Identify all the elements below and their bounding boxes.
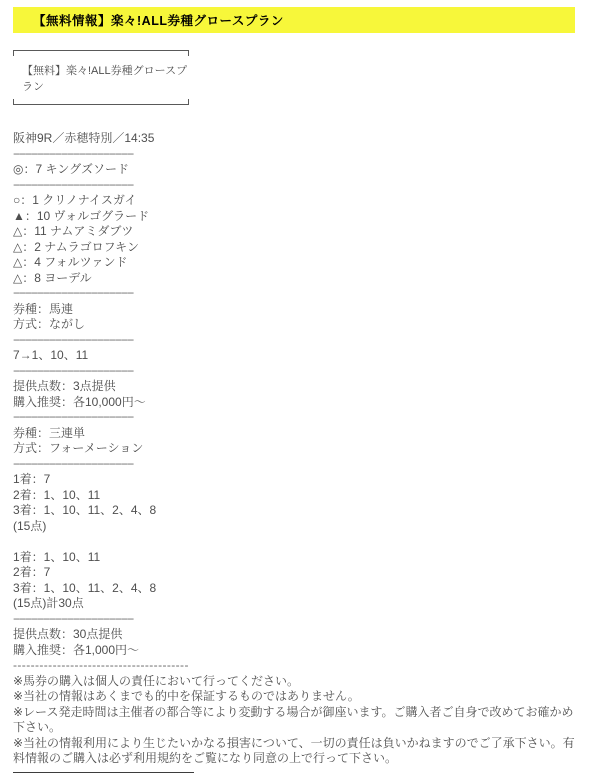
banner-title: 【無料情報】楽々!ALL券種グロースプラン	[33, 11, 284, 29]
purchase-line: 購入推奨：各10,000円～	[13, 395, 575, 411]
race-header: 阪神9R／赤穂特別／14:35	[13, 131, 575, 147]
bet-method-line: 方式：ながし	[13, 317, 575, 333]
dash-divider: −−−−−−−−−−−−−−−−−−−−	[13, 364, 575, 380]
pick-line: △：8 ヨーデル	[13, 271, 575, 287]
points-line: 提供点数：3点提供	[13, 379, 575, 395]
selection-line: 7→1、10、11	[13, 348, 575, 364]
disclaimer-line: ※当社の情報利用により生じたいかなる損害について、一切の責任は負いかねますのでご…	[13, 736, 575, 767]
plan-box-title: 【無料】楽々!ALL券種グロースプラン	[22, 62, 189, 94]
formation-line: 1着：7	[13, 472, 575, 488]
pick-line: △：11 ナムアミダブツ	[13, 224, 575, 240]
formation-line: 2着：7	[13, 565, 575, 581]
disclaimer-line: ※当社の情報はあくまでも的中を保証するものではありません。	[13, 689, 575, 705]
disclaimer-line: ※馬券の購入は個人の責任において行ってください。	[13, 674, 575, 690]
dash-divider: −−−−−−−−−−−−−−−−−−−−	[13, 178, 575, 194]
pick-line: △：4 フォルツァンド	[13, 255, 575, 271]
pick-line: ○：1 クリノナイスガイ	[13, 193, 575, 209]
formation-line: 1着：1、10、11	[13, 550, 575, 566]
purchase-line: 購入推奨：各1,000円～	[13, 643, 575, 659]
bet-type-line: 券種：三連単	[13, 426, 575, 442]
formation-line: 2着：1、10、11	[13, 488, 575, 504]
dash-divider: −−−−−−−−−−−−−−−−−−−−	[13, 147, 575, 163]
dash-divider: −−−−−−−−−−−−−−−−−−−−	[13, 410, 575, 426]
free-info-banner: 【無料情報】楽々!ALL券種グロースプラン	[13, 7, 575, 33]
formation-line: 3着：1、10、11、2、4、8	[13, 581, 575, 597]
dash-divider: −−−−−−−−−−−−−−−−−−−−	[13, 457, 575, 473]
pick-honmei-line: ◎：7 キングズソード	[13, 162, 575, 178]
pick-line: ▲：10 ヴォルゴグラード	[13, 209, 575, 225]
hyphen-divider: ----------------------------------------	[13, 658, 575, 674]
formation-line: 3着：1、10、11、2、4、8	[13, 503, 575, 519]
bet-method-line: 方式：フォーメーション	[13, 441, 575, 457]
blank-line	[13, 534, 575, 550]
bet-type-line: 券種：馬連	[13, 302, 575, 318]
formation-subtotal-line: (15点)	[13, 519, 575, 535]
points-line: 提供点数：30点提供	[13, 627, 575, 643]
formation-subtotal-line: (15点)計30点	[13, 596, 575, 612]
dash-divider: −−−−−−−−−−−−−−−−−−−−	[13, 286, 575, 302]
disclaimer-line: ※レース発走時間は主催者の都合等により変動する場合が御座います。ご購入者ご自身で…	[13, 705, 575, 736]
dash-divider: −−−−−−−−−−−−−−−−−−−−	[13, 612, 575, 628]
pick-line: △：2 ナムラゴロフキン	[13, 240, 575, 256]
dash-divider: −−−−−−−−−−−−−−−−−−−−	[13, 333, 575, 349]
plan-box: 【無料】楽々!ALL券種グロースプラン	[13, 50, 189, 105]
tip-content: 阪神9R／赤穂特別／14:35 −−−−−−−−−−−−−−−−−−−− ◎：7…	[13, 131, 575, 773]
